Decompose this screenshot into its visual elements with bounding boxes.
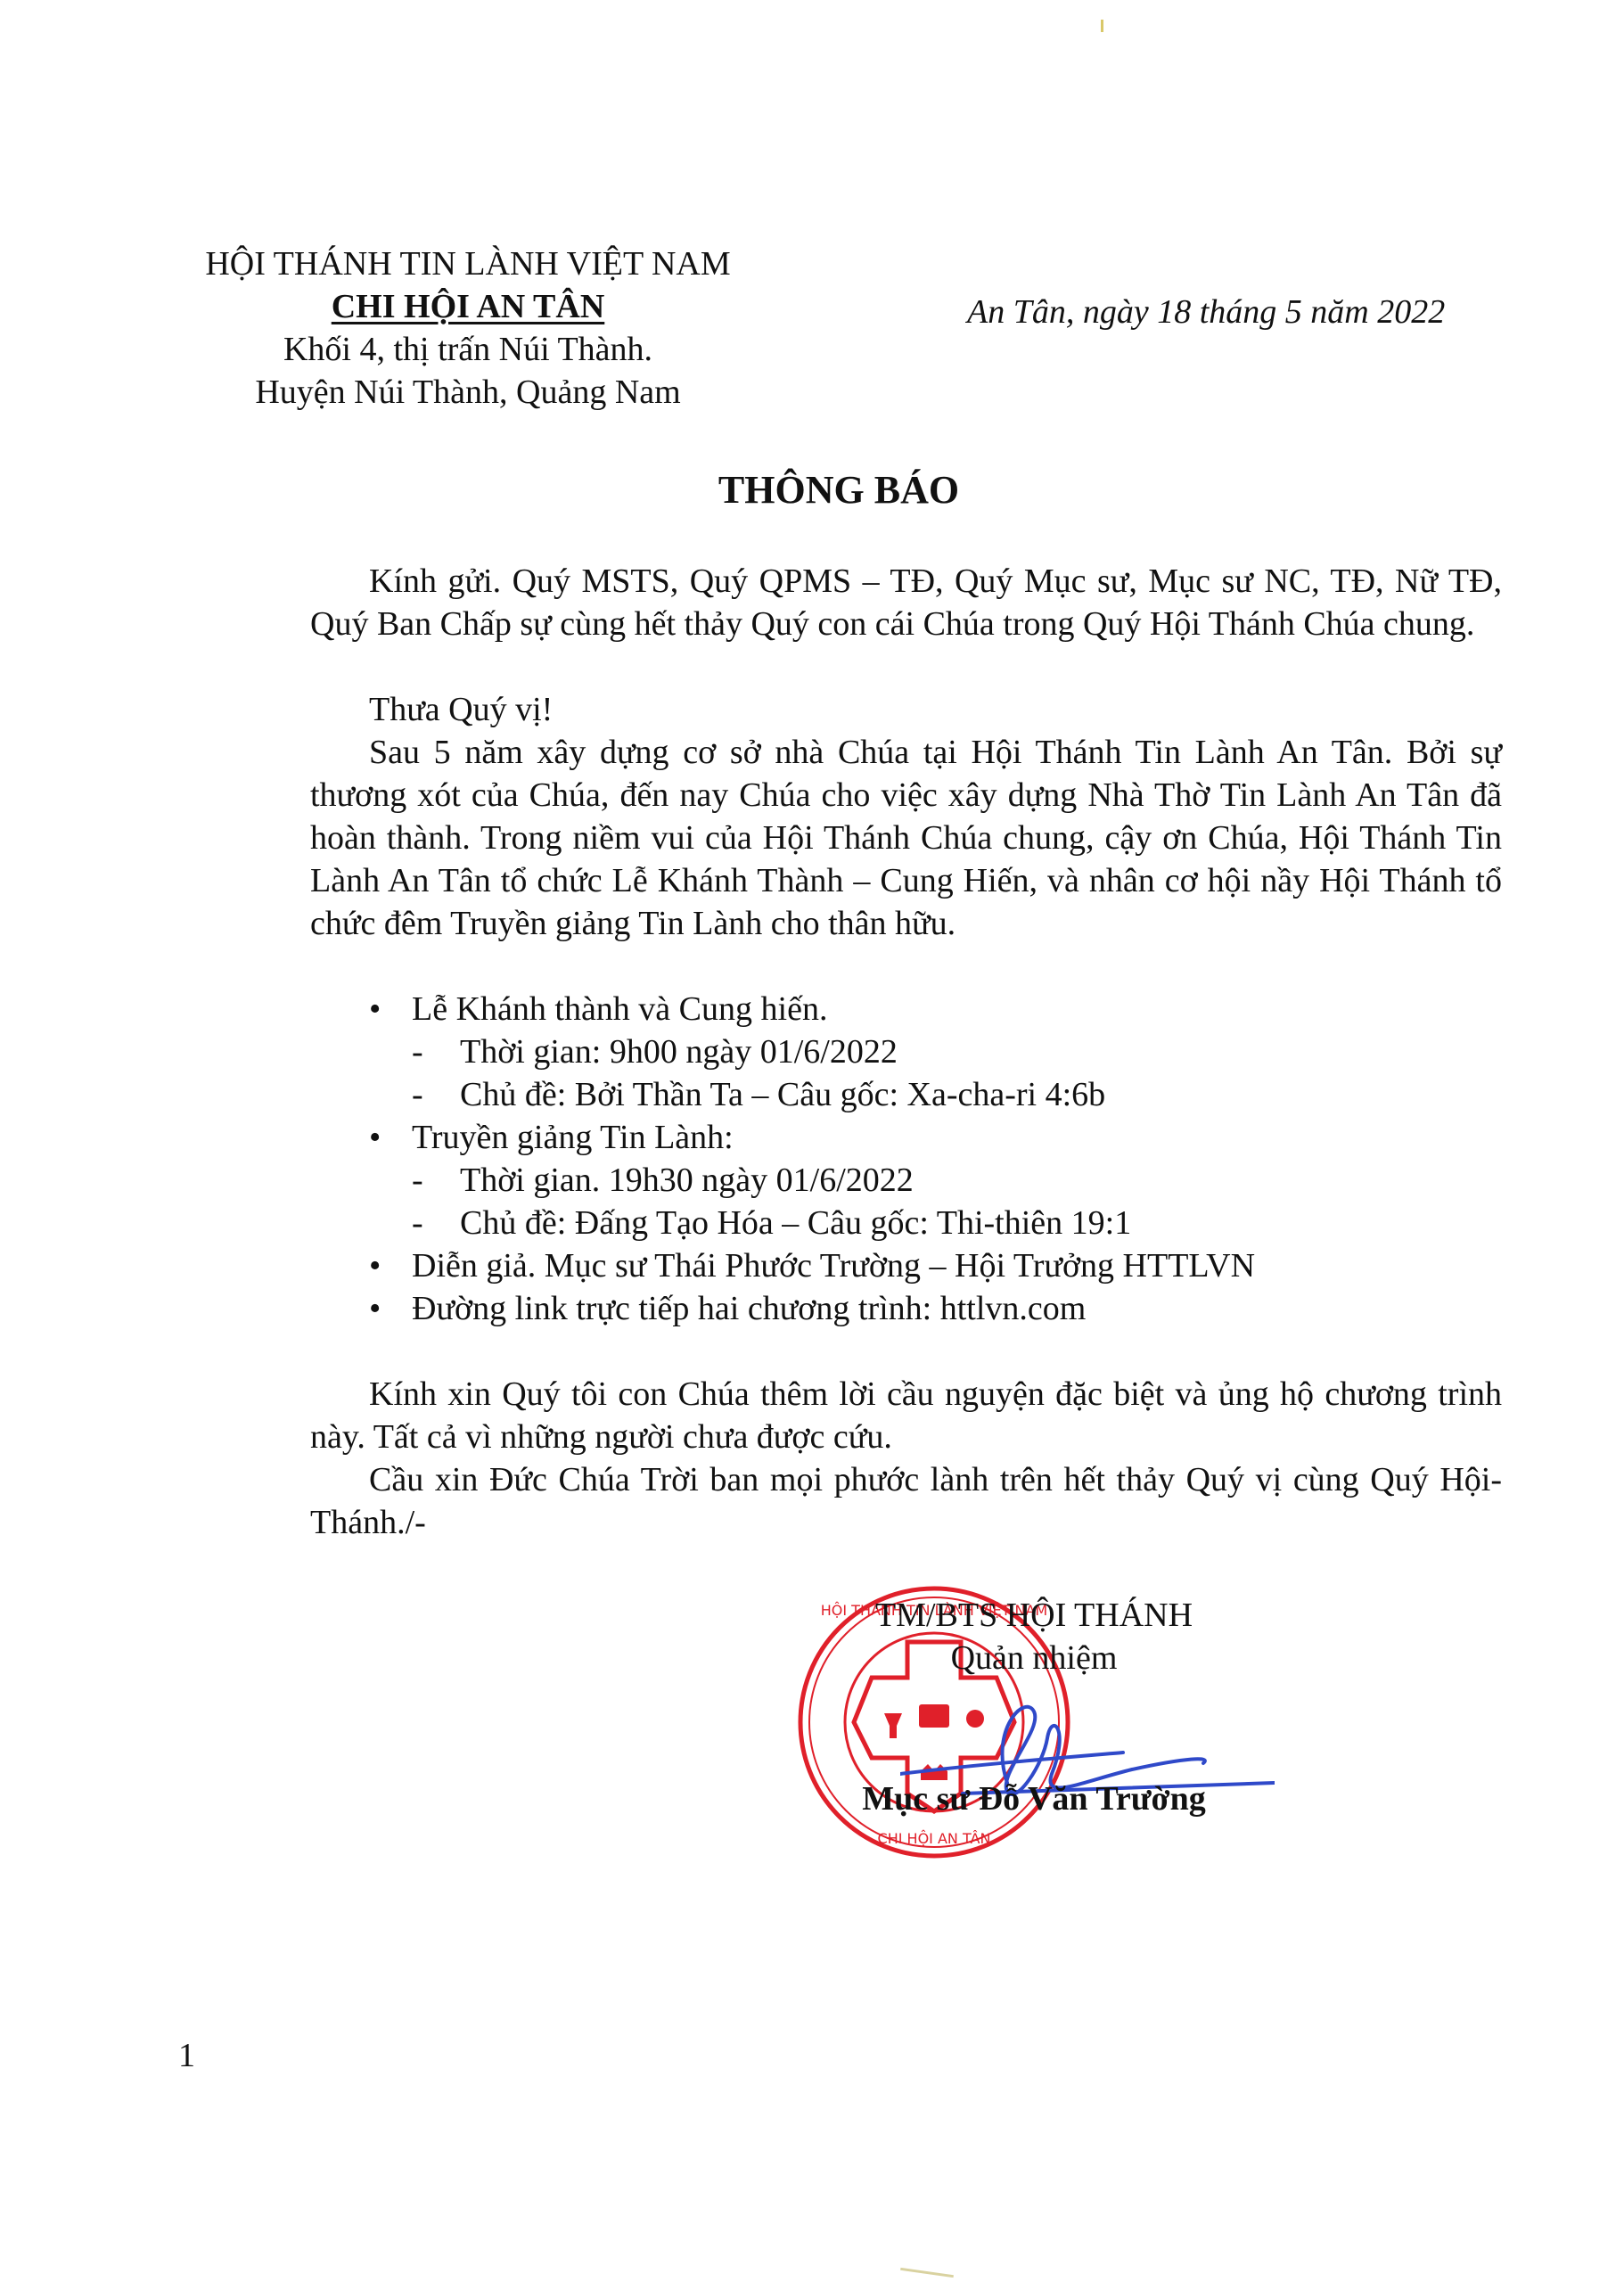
scan-artifact (900, 2268, 954, 2278)
scan-artifact (1101, 20, 1103, 32)
stamp-bottom-text: CHI HỘI AN TÂN (878, 1830, 991, 1847)
bullet-icon: • (369, 1244, 381, 1287)
event-label: Truyền giảng Tin Lành: (412, 1119, 734, 1156)
event-details: -Thời gian: 9h00 ngày 01/6/2022 -Chủ đề:… (412, 1030, 1502, 1116)
intro-paragraph: Sau 5 năm xây dựng cơ sở nhà Chúa tại Hộ… (310, 731, 1502, 945)
spacer (310, 945, 1502, 988)
closing-paragraph-2: Cầu xin Đức Chúa Trời ban mọi phước lành… (310, 1458, 1502, 1544)
event-details: -Thời gian. 19h30 ngày 01/6/2022 -Chủ đề… (412, 1159, 1502, 1244)
bullet-icon: • (369, 1116, 381, 1159)
event-detail: -Thời gian: 9h00 ngày 01/6/2022 (412, 1030, 1502, 1073)
speaker-item: • Diễn giả. Mục sư Thái Phước Trường – H… (310, 1244, 1502, 1287)
organization-name: HỘI THÁNH TIN LÀNH VIỆT NAM (134, 242, 802, 285)
spacer (310, 1330, 1502, 1373)
event-time: Thời gian. 19h30 ngày 01/6/2022 (460, 1162, 914, 1199)
document-title: THÔNG BÁO (0, 464, 1624, 517)
event-detail: -Thời gian. 19h30 ngày 01/6/2022 (412, 1159, 1502, 1202)
address-line-2: Huyện Núi Thành, Quảng Nam (134, 371, 802, 414)
on-behalf-label: TM/BTS HỘI THÁNH (847, 1594, 1221, 1637)
dash-icon: - (412, 1073, 423, 1116)
closing-paragraph-1: Kính xin Quý tôi con Chúa thêm lời cầu n… (310, 1373, 1502, 1458)
letterhead: HỘI THÁNH TIN LÀNH VIỆT NAM CHI HỘI AN T… (134, 242, 802, 414)
page-number: 1 (178, 2036, 195, 2075)
bullet-icon: • (369, 1287, 381, 1330)
dash-icon: - (412, 1030, 423, 1073)
event-detail: -Chủ đề: Bởi Thần Ta – Câu gốc: Xa-cha-r… (412, 1073, 1502, 1116)
event-time: Thời gian: 9h00 ngày 01/6/2022 (460, 1033, 898, 1071)
event-theme: Chủ đề: Bởi Thần Ta – Câu gốc: Xa-cha-ri… (460, 1076, 1105, 1113)
dash-icon: - (412, 1202, 423, 1244)
date-line: An Tân, ngày 18 tháng 5 năm 2022 (967, 291, 1445, 333)
event-item: • Lễ Khánh thành và Cung hiến. -Thời gia… (310, 988, 1502, 1116)
greeting: Thưa Quý vị! (310, 688, 1502, 731)
link-item: • Đường link trực tiếp hai chương trình:… (310, 1287, 1502, 1330)
bullet-icon: • (369, 988, 381, 1030)
signature-block: TM/BTS HỘI THÁNH Quản nhiệm Mục sư Đỗ Vă… (847, 1594, 1221, 1820)
dash-icon: - (412, 1159, 423, 1202)
event-label: Lễ Khánh thành và Cung hiến. (412, 990, 827, 1028)
speaker-label: Diễn giả. Mục sư Thái Phước Trường – Hội… (412, 1247, 1255, 1285)
signer-name: Mục sư Đỗ Văn Trường (847, 1777, 1221, 1820)
address-line-1: Khối 4, thị trấn Núi Thành. (134, 328, 802, 371)
signer-role: Quản nhiệm (847, 1637, 1221, 1679)
spacer (310, 645, 1502, 688)
event-item: • Truyền giảng Tin Lành: -Thời gian. 19h… (310, 1116, 1502, 1244)
letter-body: Kính gửi. Quý MSTS, Quý QPMS – TĐ, Quý M… (310, 560, 1502, 1544)
event-theme: Chủ đề: Đấng Tạo Hóa – Câu gốc: Thi-thiê… (460, 1204, 1131, 1242)
salutation: Kính gửi. Quý MSTS, Quý QPMS – TĐ, Quý M… (310, 560, 1502, 645)
livestream-link-label: Đường link trực tiếp hai chương trình: h… (412, 1290, 1086, 1327)
event-detail: -Chủ đề: Đấng Tạo Hóa – Câu gốc: Thi-thi… (412, 1202, 1502, 1244)
event-list: • Lễ Khánh thành và Cung hiến. -Thời gia… (310, 988, 1502, 1330)
branch-name: CHI HỘI AN TÂN (332, 285, 605, 328)
